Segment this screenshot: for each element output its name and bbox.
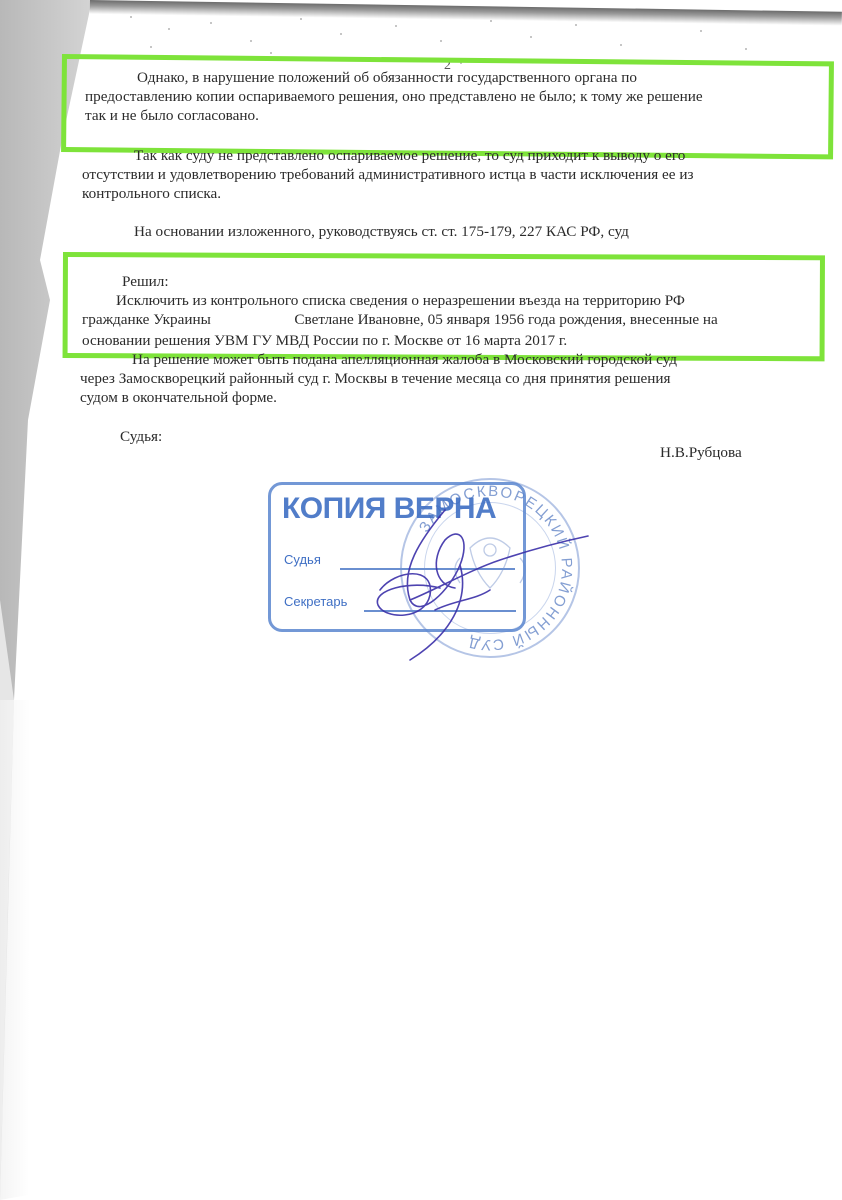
- paragraph-4-appeal: На решение может быть подана апелляционн…: [80, 350, 812, 407]
- paragraph-1-line-2: предоставлению копии оспариваемого решен…: [85, 87, 811, 106]
- decision-line-2-end: Светлане Ивановне, 05 января 1956 года р…: [294, 311, 717, 328]
- decision-heading: Решил:: [82, 272, 812, 291]
- paragraph-4-line-1: На решение может быть подана апелляционн…: [80, 350, 812, 369]
- handwritten-signature-icon: [260, 470, 590, 670]
- paragraph-2-line-1: Так как суду не представлено оспариваемо…: [82, 146, 812, 165]
- page-top-edge-shadow: [90, 0, 842, 26]
- paragraph-2: Так как суду не представлено оспариваемо…: [82, 146, 812, 203]
- word: об обязанности: [354, 69, 454, 86]
- judge-label: Судья:: [120, 428, 162, 446]
- judge-name: Н.В.Рубцова: [660, 444, 742, 462]
- paragraph-1-line-1: Однако, в нарушение положений об обязанн…: [85, 68, 811, 87]
- word: государственного: [457, 69, 571, 86]
- decision-line-3: основании решения УВМ ГУ МВД России по г…: [82, 331, 812, 350]
- decision-line-2: гражданке Украины Светлане Ивановне, 05 …: [82, 310, 812, 331]
- word: по: [621, 69, 637, 86]
- scanned-court-document: 2 Однако, в нарушение положений об обяза…: [0, 0, 842, 1200]
- paragraph-2-line-2: отсутствии и удовлетворению требований а…: [82, 165, 812, 184]
- paragraph-4-line-3: судом в окончательной форме.: [80, 388, 812, 407]
- word: в: [192, 69, 199, 86]
- word: нарушение: [203, 69, 274, 86]
- paragraph-1-line-3: так и не было согласовано.: [85, 106, 811, 125]
- paragraph-2-line-3: контрольного списка.: [82, 184, 812, 203]
- paragraph-4-line-2: через Замоскворецкий районный суд г. Мос…: [80, 369, 812, 388]
- word: Однако,: [137, 69, 188, 86]
- decision-line-1: Исключить из контрольного списка сведени…: [82, 291, 812, 310]
- paragraph-3: На основании изложенного, руководствуясь…: [82, 222, 812, 241]
- word: органа: [574, 69, 617, 86]
- paragraph-1: Однако, в нарушение положений об обязанн…: [85, 68, 811, 125]
- certification-stamp: ЗАМОСКВОРЕЦКИЙ РАЙОННЫЙ СУД КОПИЯ ВЕРНА …: [260, 470, 590, 670]
- redacted-surname: [215, 311, 291, 331]
- decision-line-2-start: гражданке Украины: [82, 311, 211, 328]
- word: положений: [278, 69, 350, 86]
- paragraph-3-line-1: На основании изложенного, руководствуясь…: [82, 222, 812, 241]
- decision-section: Решил: Исключить из контрольного списка …: [82, 272, 812, 350]
